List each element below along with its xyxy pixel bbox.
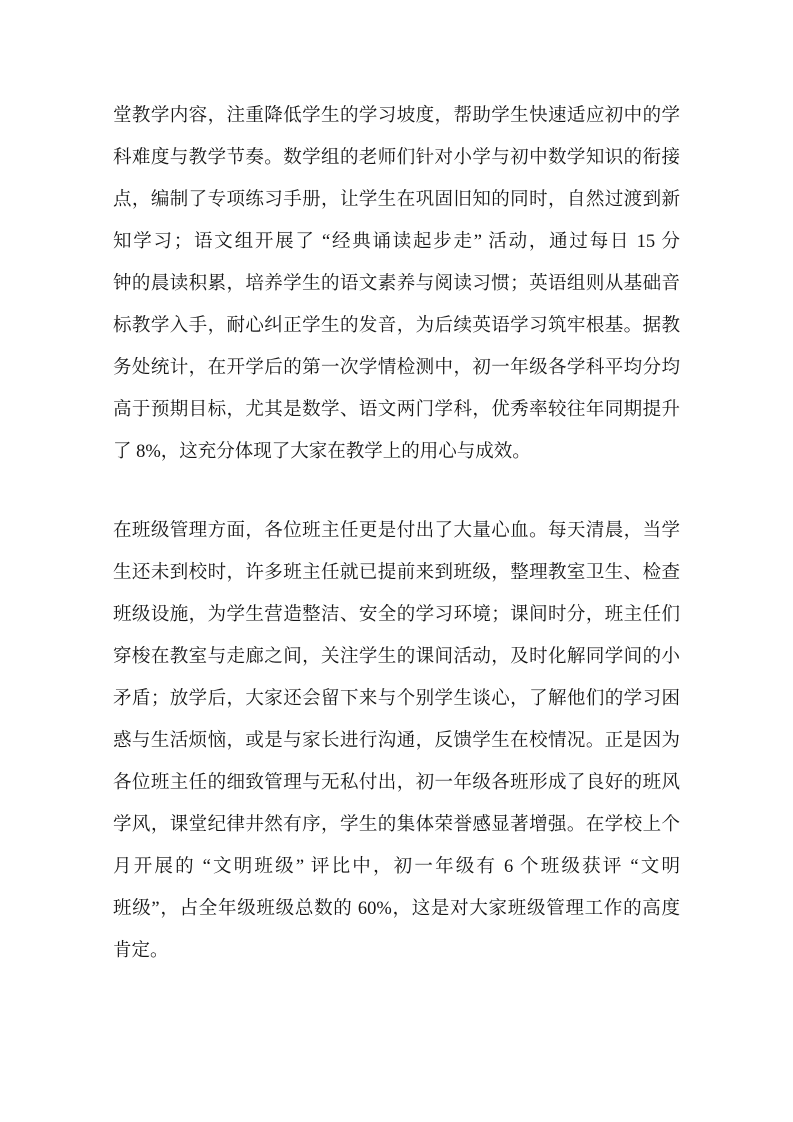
text-line: 了 8%，这充分体现了大家在教学上的用心与成效。 — [113, 431, 680, 473]
text-line: 肯定。 — [113, 930, 680, 972]
text-line: 在班级管理方面，各位班主任更是付出了大量心血。每天清晨，当学 — [113, 510, 680, 552]
text-line: 各位班主任的细致管理与无私付出，初一年级各班形成了良好的班风 — [113, 762, 680, 804]
paragraph-class-management: 在班级管理方面，各位班主任更是付出了大量心血。每天清晨，当学 生还未到校时，许多… — [113, 510, 680, 972]
text-line: 点，编制了专项练习手册，让学生在巩固旧知的同时，自然过渡到新 — [113, 179, 680, 221]
text-line: 务处统计，在开学后的第一次学情检测中，初一年级各学科平均分均 — [113, 347, 680, 389]
document-body: 堂教学内容，注重降低学生的学习坡度，帮助学生快速适应初中的学 科难度与教学节奏。… — [113, 95, 680, 972]
text-line: 生还未到校时，许多班主任就已提前来到班级，整理教室卫生、检查 — [113, 552, 680, 594]
text-line: 矛盾；放学后，大家还会留下来与个别学生谈心，了解他们的学习困 — [113, 678, 680, 720]
paragraph-teaching-summary: 堂教学内容，注重降低学生的学习坡度，帮助学生快速适应初中的学 科难度与教学节奏。… — [113, 95, 680, 473]
text-line: 惑与生活烦恼，或是与家长进行沟通，反馈学生在校情况。正是因为 — [113, 720, 680, 762]
text-line: 堂教学内容，注重降低学生的学习坡度，帮助学生快速适应初中的学 — [113, 95, 680, 137]
text-line: 高于预期目标，尤其是数学、语文两门学科，优秀率较往年同期提升 — [113, 389, 680, 431]
text-line: 月开展的 “文明班级” 评比中，初一年级有 6 个班级获评 “文明 — [113, 846, 680, 888]
text-line: 科难度与教学节奏。数学组的老师们针对小学与初中数学知识的衔接 — [113, 137, 680, 179]
text-line: 标教学入手，耐心纠正学生的发音，为后续英语学习筑牢根基。据教 — [113, 305, 680, 347]
document-page: 堂教学内容，注重降低学生的学习坡度，帮助学生快速适应初中的学 科难度与教学节奏。… — [0, 0, 793, 1122]
text-line: 钟的晨读积累，培养学生的语文素养与阅读习惯；英语组则从基础音 — [113, 263, 680, 305]
text-line: 班级”，占全年级班级总数的 60%，这是对大家班级管理工作的高度 — [113, 888, 680, 930]
text-line: 学风，课堂纪律井然有序，学生的集体荣誉感显著增强。在学校上个 — [113, 804, 680, 846]
text-line: 知学习；语文组开展了 “经典诵读起步走” 活动，通过每日 15 分 — [113, 221, 680, 263]
text-line: 班级设施，为学生营造整洁、安全的学习环境；课间时分，班主任们 — [113, 594, 680, 636]
text-line: 穿梭在教室与走廊之间，关注学生的课间活动，及时化解同学间的小 — [113, 636, 680, 678]
